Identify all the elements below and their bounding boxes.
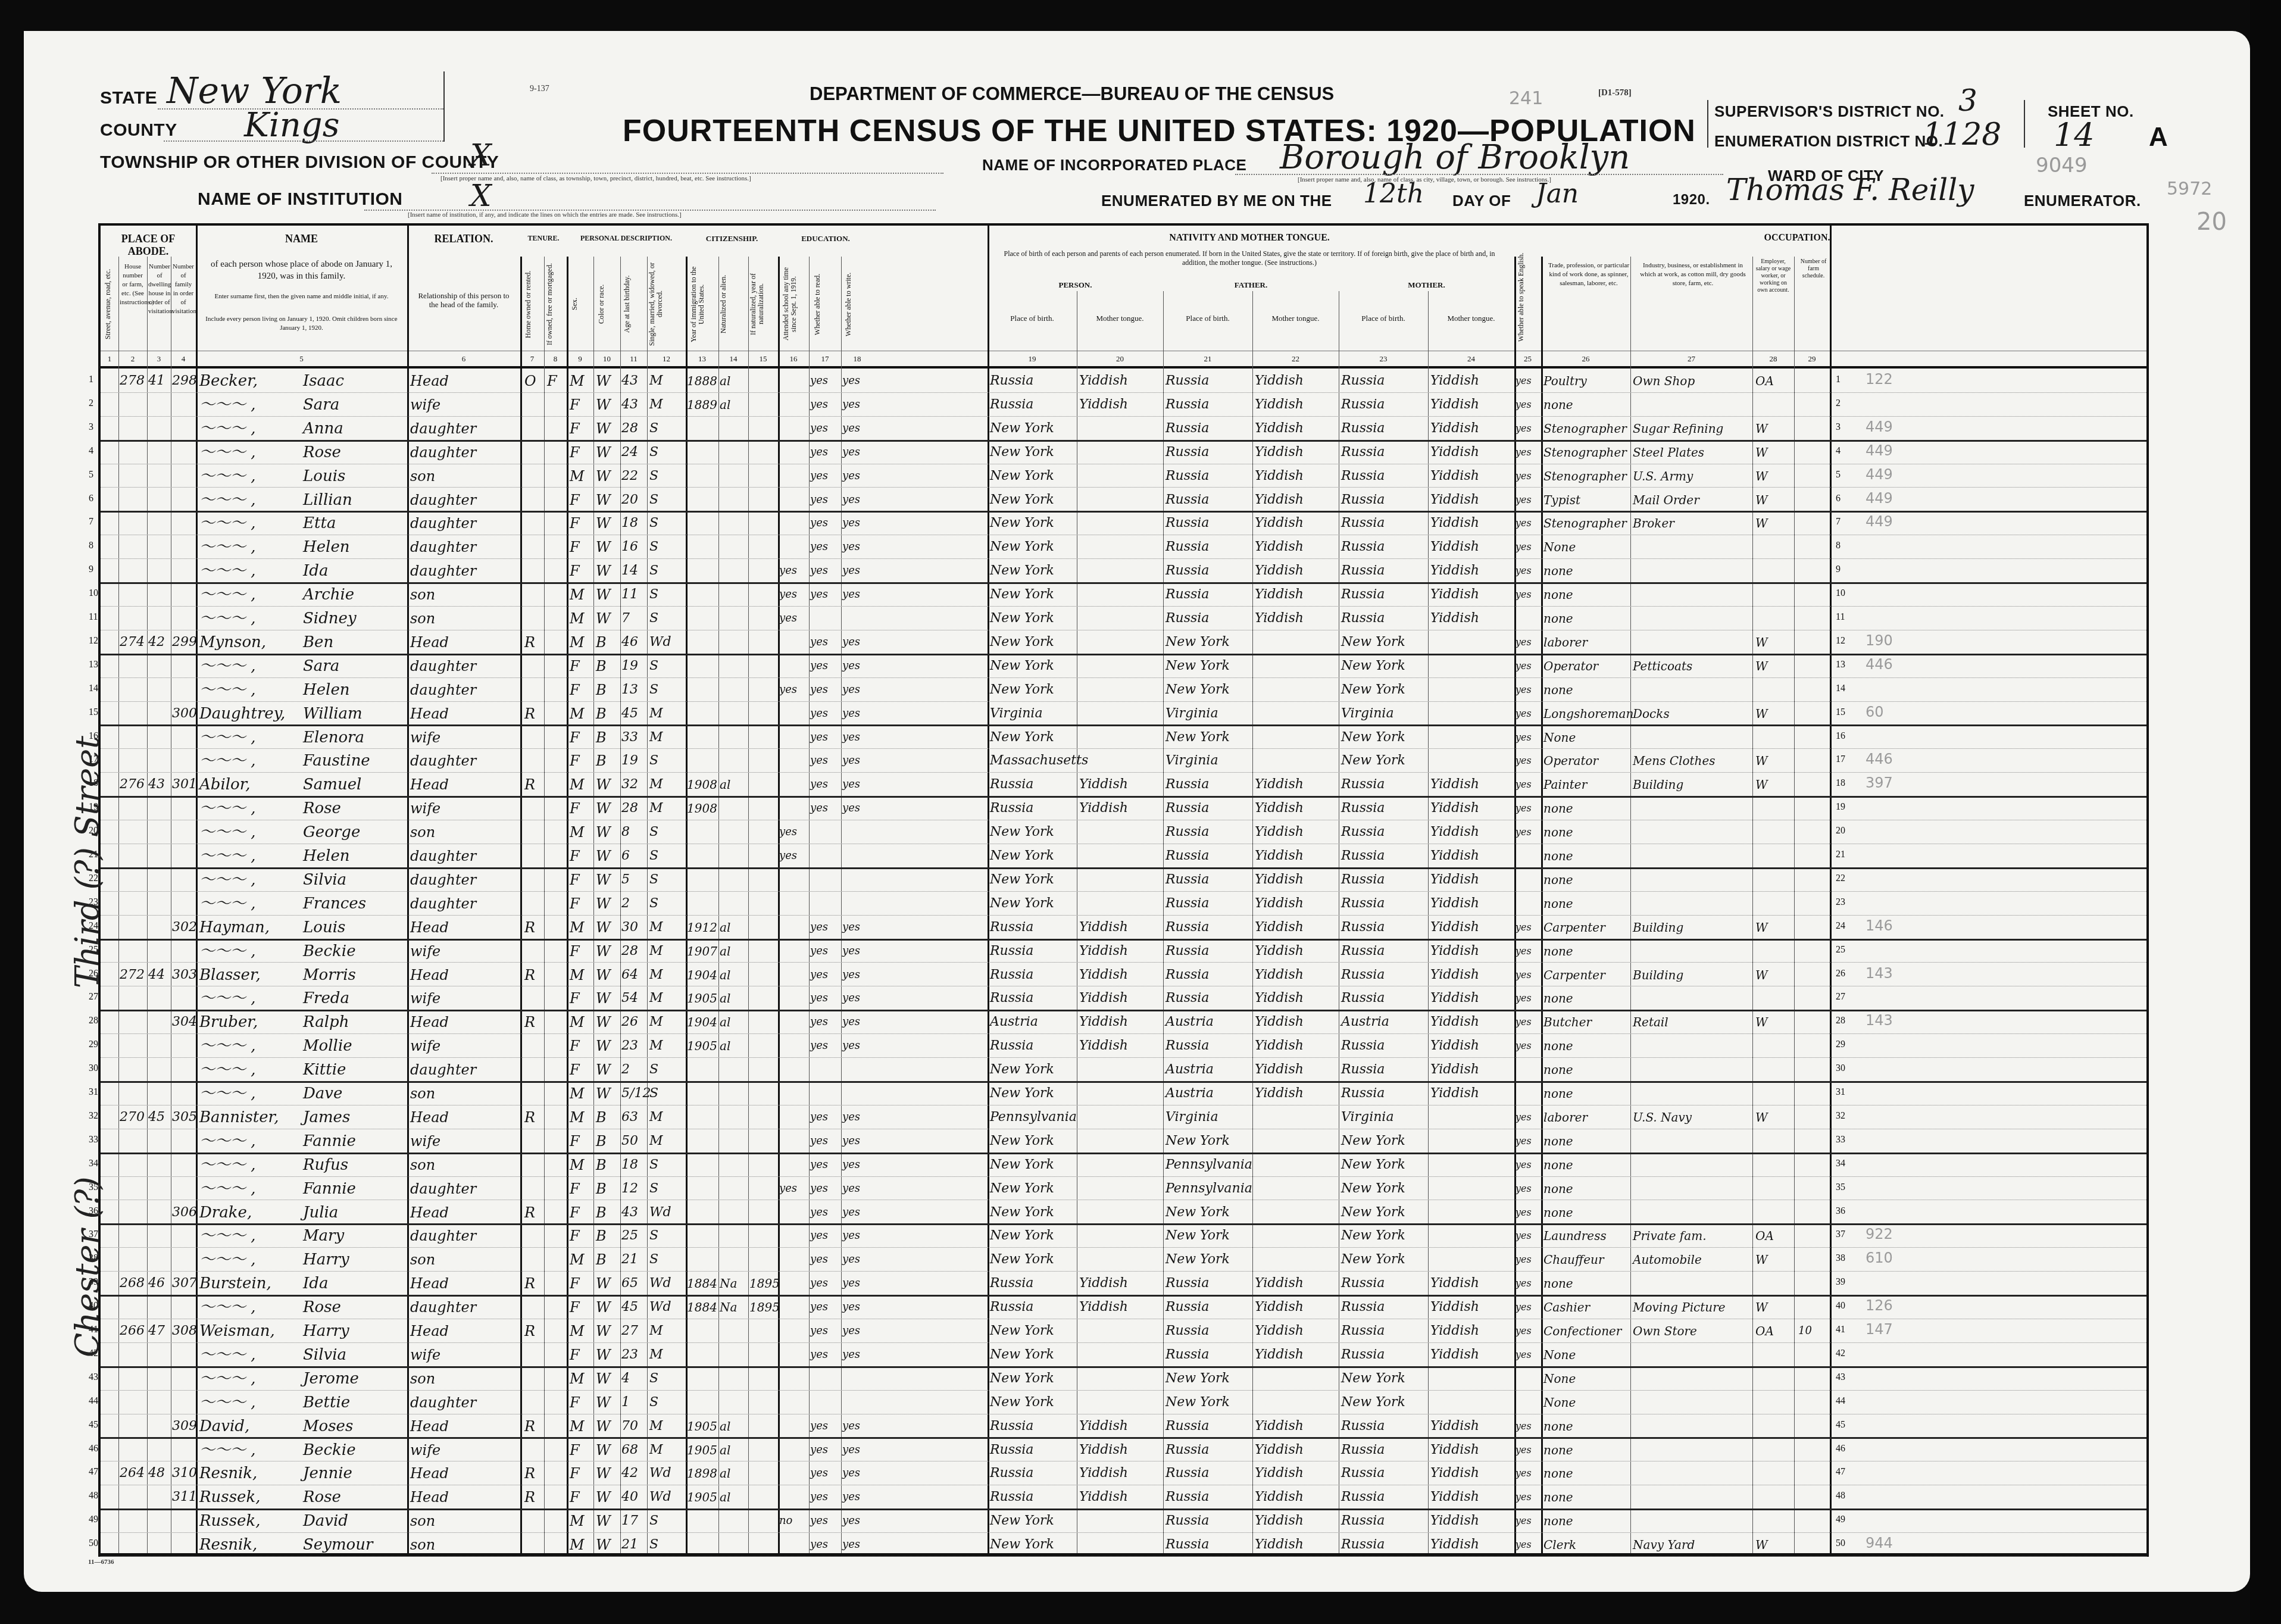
row-number-right: 36 <box>1836 1206 1845 1217</box>
cell-given-name: Ralph <box>303 1012 404 1032</box>
cell-person-birthplace: New York <box>990 1392 1076 1413</box>
cell-surname: Becker, <box>199 371 301 391</box>
cell-age: 68 <box>621 1440 648 1460</box>
cell-read: yes <box>810 727 841 748</box>
row-number-right: 5 <box>1836 470 1841 480</box>
ward-pencil-note: 9049 <box>2036 154 2088 177</box>
cell-mother-mother-tongue: Yiddish <box>1430 1463 1514 1484</box>
cell-speaks-english: yes <box>1516 1416 1541 1436</box>
cell-race: W <box>596 941 620 961</box>
cell-read: yes <box>810 1203 841 1223</box>
cell-occupation: Carpenter <box>1543 965 1633 985</box>
cell-read: yes <box>810 561 841 581</box>
cell-marital: M <box>649 1131 685 1151</box>
cell-surname: Russek, <box>199 1487 301 1507</box>
supervisor-value: 3 <box>1958 83 1977 118</box>
cell-father-mother-tongue: Yiddish <box>1255 1487 1338 1507</box>
cell-father-birthplace: Russia <box>1166 798 1252 819</box>
cell-age: 6 <box>621 846 648 866</box>
cell-speaks-english: yes <box>1516 537 1541 557</box>
cell-relation: son <box>410 1250 517 1270</box>
cell-industry: Automobile <box>1633 1250 1752 1270</box>
cell-race: W <box>596 442 620 463</box>
cell-father-birthplace: New York <box>1166 727 1252 748</box>
cell-race: W <box>596 371 620 391</box>
cell-given-name: Helen <box>303 680 404 700</box>
cell-occupation: none <box>1543 988 1633 1008</box>
cell-immigration-year: 1905 <box>687 1487 720 1507</box>
cell-person-birthplace: Russia <box>990 1440 1076 1460</box>
column-number: 22 <box>1252 354 1339 364</box>
cell-person-mother-tongue: Yiddish <box>1079 774 1163 795</box>
cell-age: 30 <box>621 917 648 938</box>
cell-immigration-year: 1884 <box>687 1273 720 1294</box>
pencil-code: 122 <box>1866 371 1893 388</box>
cell-given-name: George <box>303 822 404 842</box>
cell-write: yes <box>842 727 872 748</box>
cell-marital: S <box>649 1250 685 1270</box>
cell-father-mother-tongue: Yiddish <box>1255 442 1338 463</box>
cell-mother-mother-tongue: Yiddish <box>1430 513 1514 533</box>
row-number-right: 33 <box>1836 1135 1845 1145</box>
cell-immigration-year: 1898 <box>687 1463 720 1484</box>
row-number-right: 19 <box>1836 802 1845 813</box>
cell-write: yes <box>842 941 872 961</box>
cell-given-name: Isaac <box>303 371 404 391</box>
row-number-right: 40 <box>1836 1301 1845 1311</box>
supervisor-label: SUPERVISOR'S DISTRICT NO. <box>1714 102 1945 121</box>
cell-given-name: Beckie <box>303 941 404 961</box>
nativity-desc: Place of birth of each person and parent… <box>993 249 1505 267</box>
cell-write: yes <box>842 1012 872 1032</box>
cell-relation: Head <box>410 1273 517 1294</box>
cell-naturalized: al <box>720 917 748 938</box>
cell-occupation: none <box>1543 1511 1633 1531</box>
cell-naturalized: al <box>720 1036 748 1056</box>
cell-person-birthplace: New York <box>990 1203 1076 1223</box>
cell-school: yes <box>779 846 809 866</box>
cell-speaks-english: yes <box>1516 822 1541 842</box>
cell-read: yes <box>810 585 841 605</box>
cell-mother-birthplace: Russia <box>1341 513 1427 533</box>
cell-person-birthplace: New York <box>990 1321 1076 1341</box>
nativity-heading: NATIVITY AND MOTHER TONGUE. <box>988 233 1511 243</box>
cell-person-mother-tongue: Yiddish <box>1079 1487 1163 1507</box>
cell-father-mother-tongue: Yiddish <box>1255 822 1338 842</box>
cell-mother-birthplace: New York <box>1341 632 1427 652</box>
cell-speaks-english: yes <box>1516 798 1541 819</box>
cell-sex: F <box>570 680 593 700</box>
cell-family: 300 <box>172 704 196 724</box>
cell-relation: daughter <box>410 656 517 676</box>
cell-person-birthplace: New York <box>990 1060 1076 1080</box>
cell-mother-birthplace: Russia <box>1341 395 1427 415</box>
cell-read: yes <box>810 1012 841 1032</box>
cell-mother-birthplace: New York <box>1341 751 1427 771</box>
cell-house: 278 <box>120 371 147 391</box>
cell-mother-mother-tongue: Yiddish <box>1430 1345 1514 1365</box>
cell-father-birthplace: Russia <box>1166 1036 1252 1056</box>
cell-write: yes <box>842 585 872 605</box>
cell-given-name: Faustine <box>303 751 404 771</box>
cell-family: 302 <box>172 917 196 938</box>
person-pob-heading: Place of birth. <box>988 314 1077 323</box>
cell-industry: Own Store <box>1633 1321 1752 1341</box>
father-pob-heading: Place of birth. <box>1163 314 1252 323</box>
cell-sex: F <box>570 1060 593 1080</box>
cell-industry: Navy Yard <box>1633 1535 1752 1555</box>
row-number-right: 30 <box>1836 1063 1845 1074</box>
place-of-abode-heading: PLACE OF ABODE. <box>101 233 196 258</box>
cell-father-birthplace: Austria <box>1166 1060 1252 1080</box>
cell-write: yes <box>842 774 872 795</box>
cell-relation: Head <box>410 1463 517 1484</box>
cell-given-name: Louis <box>303 466 404 486</box>
cell-speaks-english: yes <box>1516 917 1541 938</box>
cell-age: 32 <box>621 774 648 795</box>
cell-write: yes <box>842 537 872 557</box>
row-number-right: 41 <box>1836 1325 1845 1335</box>
cell-read: yes <box>810 1511 841 1531</box>
cell-employer-class: W <box>1755 490 1791 510</box>
row-number-right: 16 <box>1836 731 1845 742</box>
cell-mother-mother-tongue: Yiddish <box>1430 965 1514 985</box>
county-line <box>164 140 443 142</box>
column-number: 12 <box>647 354 686 364</box>
cell-person-birthplace: New York <box>990 608 1076 629</box>
cell-father-birthplace: New York <box>1166 1392 1252 1413</box>
cell-family: 311 <box>172 1487 196 1507</box>
cell-given-name: Jerome <box>303 1369 404 1389</box>
cell-industry: U.S. Navy <box>1633 1107 1752 1128</box>
cell-naturalization-year: 1895 <box>749 1297 778 1317</box>
margin-pencil-note: 5972 <box>2167 179 2212 199</box>
cell-father-mother-tongue: Yiddish <box>1255 846 1338 866</box>
cell-person-birthplace: Virginia <box>990 704 1076 724</box>
cell-father-birthplace: Austria <box>1166 1012 1252 1032</box>
cell-given-name: Morris <box>303 965 404 985</box>
cell-write: yes <box>842 1179 872 1199</box>
cell-race: W <box>596 917 620 938</box>
cell-surname: 〜〜〜 , <box>199 846 301 866</box>
cell-naturalized: al <box>720 1463 748 1484</box>
row-number-right: 26 <box>1836 969 1845 979</box>
cell-mother-birthplace: Russia <box>1341 822 1427 842</box>
row-number-right: 50 <box>1836 1538 1845 1549</box>
cell-father-mother-tongue: Yiddish <box>1255 1463 1338 1484</box>
pencil-code: 449 <box>1866 490 1893 507</box>
cell-occupation: Clerk <box>1543 1535 1633 1555</box>
row-number-left: 14 <box>89 683 98 694</box>
cell-person-birthplace: Russia <box>990 988 1076 1008</box>
cell-person-birthplace: New York <box>990 680 1076 700</box>
row-number-right: 32 <box>1836 1111 1845 1122</box>
cell-marital: M <box>649 704 685 724</box>
cell-person-birthplace: New York <box>990 1131 1076 1151</box>
cell-sex: M <box>570 1511 593 1531</box>
column-number: 17 <box>809 354 841 364</box>
cell-employer-class: OA <box>1755 371 1791 391</box>
cell-father-birthplace: Russia <box>1166 988 1252 1008</box>
cell-mother-birthplace: New York <box>1341 1226 1427 1246</box>
row-number-right: 48 <box>1836 1491 1845 1501</box>
cell-speaks-english: yes <box>1516 466 1541 486</box>
cell-father-birthplace: Russia <box>1166 846 1252 866</box>
cell-speaks-english: yes <box>1516 490 1541 510</box>
cell-employer-class: W <box>1755 1535 1791 1555</box>
cell-mother-mother-tongue: Yiddish <box>1430 1036 1514 1056</box>
cell-family: 303 <box>172 965 196 985</box>
cell-occupation: none <box>1543 822 1633 842</box>
cell-given-name: Rose <box>303 1297 404 1317</box>
cell-person-birthplace: Russia <box>990 395 1076 415</box>
citizenship-heading: CITIZENSHIP. <box>686 234 778 243</box>
table-row: 〜〜〜 ,RosewifeFW28M1908yesyesRussiaYiddis… <box>101 796 2146 820</box>
cell-surname: David, <box>199 1416 301 1436</box>
cell-industry: Sugar Refining <box>1633 419 1752 439</box>
cell-sex: M <box>570 466 593 486</box>
cell-sex: F <box>570 751 593 771</box>
cell-relation: wife <box>410 1131 517 1151</box>
table-row: 〜〜〜 ,BeckiewifeFW68M1905alyesyesRussiaYi… <box>101 1438 2146 1462</box>
cell-sex: M <box>570 917 593 938</box>
cell-relation: daughter <box>410 1392 517 1413</box>
home-owned-heading: Home owned or rented. <box>524 263 539 346</box>
cell-marital: S <box>649 1155 685 1175</box>
incorporated-label: NAME OF INCORPORATED PLACE <box>982 156 1246 174</box>
cell-person-birthplace: Russia <box>990 1416 1076 1436</box>
cell-race: W <box>596 870 620 890</box>
cell-write: yes <box>842 1131 872 1151</box>
cell-relation: daughter <box>410 561 517 581</box>
cell-given-name: James <box>303 1107 404 1128</box>
cell-write: yes <box>842 1036 872 1056</box>
cell-father-mother-tongue: Yiddish <box>1255 917 1338 938</box>
cell-father-birthplace: Russia <box>1166 490 1252 510</box>
column-number: 1 <box>101 354 118 364</box>
cell-father-mother-tongue: Yiddish <box>1255 870 1338 890</box>
cell-school: yes <box>779 680 809 700</box>
column-number: 4 <box>171 354 196 364</box>
cell-marital: S <box>649 490 685 510</box>
department-title: DEPARTMENT OF COMMERCE—BUREAU OF THE CEN… <box>810 83 1334 105</box>
cell-marital: M <box>649 1416 685 1436</box>
pencil-code: 60 <box>1866 704 1884 720</box>
cell-person-birthplace: New York <box>990 870 1076 890</box>
cell-write: yes <box>842 371 872 391</box>
cell-father-birthplace: Russia <box>1166 513 1252 533</box>
cell-sex: F <box>570 798 593 819</box>
cell-relation: son <box>410 822 517 842</box>
cell-person-birthplace: New York <box>990 1226 1076 1246</box>
cell-immigration-year: 1904 <box>687 965 720 985</box>
cell-age: 19 <box>621 751 648 771</box>
cell-occupation: none <box>1543 680 1633 700</box>
row-number-right: 47 <box>1836 1467 1845 1478</box>
cell-relation: wife <box>410 1440 517 1460</box>
row-number-right: 1 <box>1836 374 1841 385</box>
row-number-right: 18 <box>1836 778 1845 789</box>
cell-read: yes <box>810 798 841 819</box>
cell-person-birthplace: Massachusetts <box>990 751 1076 771</box>
cell-age: 22 <box>621 466 648 486</box>
cell-mother-mother-tongue: Yiddish <box>1430 894 1514 914</box>
cell-age: 43 <box>621 395 648 415</box>
cell-sex: M <box>570 965 593 985</box>
row-number-left: 33 <box>89 1135 98 1145</box>
district-bracket-left <box>1707 100 1708 148</box>
cell-read: yes <box>810 751 841 771</box>
cell-race: W <box>596 894 620 914</box>
employer-heading: Employer, salary or wage worker, or work… <box>1755 258 1791 294</box>
cell-occupation: none <box>1543 561 1633 581</box>
cell-industry: Mail Order <box>1633 490 1752 510</box>
cell-speaks-english: yes <box>1516 419 1541 439</box>
cell-given-name: Beckie <box>303 1440 404 1460</box>
institution-note: [Insert name of institution, if any, and… <box>408 211 682 218</box>
form-number: 9-137 <box>530 85 549 94</box>
cell-age: 14 <box>621 561 648 581</box>
marital-heading: Single, married, widowed, or divorced. <box>648 263 663 346</box>
cell-father-birthplace: New York <box>1166 680 1252 700</box>
cell-father-birthplace: Russia <box>1166 1440 1252 1460</box>
cell-speaks-english: yes <box>1516 680 1541 700</box>
cell-person-birthplace: New York <box>990 537 1076 557</box>
farm-schedule-heading: Number of farm schedule. <box>1797 258 1830 280</box>
cell-school: yes <box>779 1179 809 1199</box>
cell-marital: S <box>649 1511 685 1531</box>
cell-write: yes <box>842 704 872 724</box>
occupation-heading: OCCUPATION. <box>1541 233 2053 243</box>
pencil-code: 446 <box>1866 751 1893 767</box>
cell-read: yes <box>810 466 841 486</box>
cell-father-birthplace: Pennsylvania <box>1166 1155 1252 1175</box>
pencil-code: 922 <box>1866 1226 1893 1242</box>
row-number-left: 44 <box>89 1396 98 1407</box>
cell-marital: S <box>649 1060 685 1080</box>
father-heading: FATHER. <box>1163 280 1339 290</box>
cell-race: W <box>596 1463 620 1484</box>
cell-sex: M <box>570 822 593 842</box>
personal-heading: PERSONAL DESCRIPTION. <box>567 234 686 243</box>
cell-person-birthplace: New York <box>990 585 1076 605</box>
township-label: TOWNSHIP OR OTHER DIVISION OF COUNTY <box>100 152 499 173</box>
cell-marital: M <box>649 917 685 938</box>
column-number: 25 <box>1514 354 1541 364</box>
cell-occupation: Confectioner <box>1543 1321 1633 1341</box>
column-number: 3 <box>147 354 171 364</box>
cell-relation: Head <box>410 371 517 391</box>
cell-race: B <box>596 1250 620 1270</box>
cell-given-name: Freda <box>303 988 404 1008</box>
cell-age: 25 <box>621 1226 648 1246</box>
cell-industry: Mens Clothes <box>1633 751 1752 771</box>
cell-speaks-english: yes <box>1516 395 1541 415</box>
cell-relation: son <box>410 585 517 605</box>
cell-occupation: laborer <box>1543 1107 1633 1128</box>
row-number-right: 7 <box>1836 517 1841 527</box>
cell-write: yes <box>842 513 872 533</box>
cell-relation: daughter <box>410 419 517 439</box>
cell-mother-mother-tongue: Yiddish <box>1430 774 1514 795</box>
cell-person-mother-tongue: Yiddish <box>1079 371 1163 391</box>
table-row: 〜〜〜 ,SilviadaughterFW5SNew YorkRussiaYid… <box>101 867 2146 892</box>
cell-father-mother-tongue: Yiddish <box>1255 371 1338 391</box>
school-heading: Attended school any time since Sept. 1, … <box>782 263 798 346</box>
cell-employer-class: W <box>1755 656 1791 676</box>
cell-race: W <box>596 798 620 819</box>
cell-marital: M <box>649 988 685 1008</box>
column-number: 24 <box>1428 354 1514 364</box>
scan-edge-right <box>2250 0 2281 1624</box>
cell-sex: F <box>570 490 593 510</box>
cell-occupation: Stenographer <box>1543 419 1633 439</box>
cell-father-mother-tongue: Yiddish <box>1255 585 1338 605</box>
table-row: 〜〜〜 ,FrancesdaughterFW2SNew YorkRussiaYi… <box>101 891 2146 916</box>
cell-sex: M <box>570 371 593 391</box>
cell-home-owned: R <box>524 632 542 652</box>
cell-given-name: Rose <box>303 442 404 463</box>
table-row: 309David,MosesHeadRMW70M1905alyesyesRuss… <box>101 1414 2146 1439</box>
cell-surname: Hayman, <box>199 917 301 938</box>
cell-age: 50 <box>621 1131 648 1151</box>
cell-father-mother-tongue: Yiddish <box>1255 1012 1338 1032</box>
cell-father-birthplace: Russia <box>1166 870 1252 890</box>
cell-school: yes <box>779 585 809 605</box>
cell-write: yes <box>842 395 872 415</box>
cell-mother-birthplace: New York <box>1341 656 1427 676</box>
cell-age: 23 <box>621 1036 648 1056</box>
cell-read: yes <box>810 537 841 557</box>
cell-father-birthplace: Russia <box>1166 1273 1252 1294</box>
cell-given-name: Silvia <box>303 1345 404 1365</box>
cell-race: W <box>596 1487 620 1507</box>
cell-person-birthplace: New York <box>990 846 1076 866</box>
cell-mother-birthplace: Russia <box>1341 1487 1427 1507</box>
mother-mt-heading: Mother tongue. <box>1428 314 1514 323</box>
cell-read: yes <box>810 1416 841 1436</box>
cell-given-name: Ida <box>303 561 404 581</box>
cell-speaks-english: yes <box>1516 1440 1541 1460</box>
cell-immigration-year: 1888 <box>687 371 720 391</box>
cell-marital: S <box>649 1083 685 1104</box>
cell-dwelling: 45 <box>148 1107 171 1128</box>
cell-race: W <box>596 608 620 629</box>
cell-industry: U.S. Army <box>1633 466 1752 486</box>
cell-marital: M <box>649 1107 685 1128</box>
row-number-left: 49 <box>89 1514 98 1525</box>
owned-free-heading: If owned, free or mortgaged. <box>546 263 560 346</box>
cell-mother-mother-tongue: Yiddish <box>1430 561 1514 581</box>
cell-person-birthplace: New York <box>990 1511 1076 1531</box>
cell-age: 21 <box>621 1250 648 1270</box>
cell-mother-mother-tongue: Yiddish <box>1430 1487 1514 1507</box>
cell-surname: 〜〜〜 , <box>199 656 301 676</box>
cell-given-name: Helen <box>303 537 404 557</box>
cell-speaks-english: yes <box>1516 727 1541 748</box>
column-number: 9 <box>567 354 593 364</box>
cell-surname: Russek, <box>199 1511 301 1531</box>
cell-relation: Head <box>410 1012 517 1032</box>
cell-speaks-english: yes <box>1516 1463 1541 1484</box>
cell-occupation: None <box>1543 1345 1633 1365</box>
pencil-code: 449 <box>1866 419 1893 435</box>
cell-occupation: Laundress <box>1543 1226 1633 1246</box>
cell-father-mother-tongue: Yiddish <box>1255 1273 1338 1294</box>
cell-relation: Head <box>410 965 517 985</box>
cell-speaks-english: yes <box>1516 561 1541 581</box>
cell-person-mother-tongue: Yiddish <box>1079 798 1163 819</box>
